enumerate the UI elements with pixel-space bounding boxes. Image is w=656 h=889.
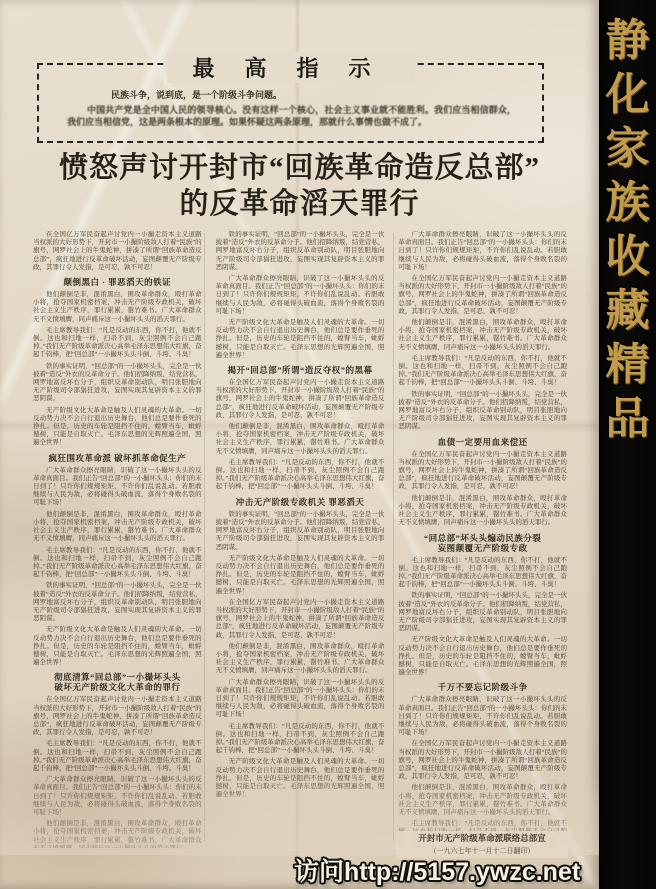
main-headline: 愤怒声讨开封市“回族革命造反总部” 的反革命滔天罪行 — [0, 150, 599, 222]
supreme-directive-box: 最高指示 民族斗争，说到底，是一个阶级斗争问题。 中国共产党是全中国人民的领导核… — [37, 63, 544, 143]
body-column-1: 在全国亿万军民奋起声讨党内一小撮走资本主义道路当权派的大好形势下，开封市一小撮阶… — [33, 231, 202, 848]
body-paragraph: 广大革命群众擦亮眼睛，识破了这一小撮坏头头的反革命真面目。我们正告“回总部”的一… — [33, 467, 202, 508]
body-paragraph: 广大革命群众擦亮眼睛，识破了这一小撮坏头头的反革命真面目。我们正告“回总部”的一… — [216, 275, 385, 316]
collector-strip-character: 收 — [599, 230, 656, 284]
body-paragraph: 毛主席教导我们：“凡是反动的东西，你不打，他就不倒。这也和扫地一样，扫帚不到，灰… — [398, 557, 567, 590]
body-paragraph: 他们颠倒是非，混淆黑白，围攻革命群众，殴打革命小将，抢夺国家机密档案，冲击无产阶… — [398, 495, 567, 528]
mao-quote-2: 中国共产党是全中国人民的领导核心。没有这样一个核心，社会主义事业就不能胜利。我们… — [67, 104, 516, 128]
collector-strip-character: 品 — [599, 392, 656, 446]
collector-strip-character: 族 — [599, 176, 656, 230]
body-paragraph: 无产阶级文化大革命是触及人们灵魂的大革命。一切反动势力决不会自行退出历史舞台，他… — [216, 758, 385, 799]
body-paragraph: 铁的事实证明，“回总部”的一小撮坏头头，完全是一伙披着“造反”外衣的反革命分子。… — [33, 363, 202, 404]
body-paragraph: 在全国亿万军民奋起声讨党内一小撮走资本主义道路当权派的大好形势下，开封市一小撮阶… — [33, 696, 202, 737]
body-paragraph: 无产阶级文化大革命是触及人们灵魂的大革命。一切反动势力决不会自行退出历史舞台，他… — [216, 319, 385, 360]
body-paragraph: 毛主席教导我们：“凡是反动的东西，你不打，他就不倒。这也和扫地一样，扫帚不到，灰… — [33, 327, 202, 360]
collector-strip-character: 精 — [599, 338, 656, 392]
body-paragraph: 他们颠倒是非，混淆黑白，围攻革命群众，殴打革命小将，抢夺国家机密档案，冲击无产阶… — [216, 643, 385, 676]
watermark-url: 访问http://5157.ywzc.net — [294, 852, 580, 888]
body-paragraph: 无产阶级文化大革命是触及人们灵魂的大革命。一切反动势力决不会自行退出历史舞台，他… — [216, 555, 385, 596]
body-paragraph: 无产阶级文化大革命是触及人们灵魂的大革命。一切反动势力决不会自行退出历史舞台，他… — [33, 626, 202, 667]
body-paragraph: 铁的事实证明，“回总部”的一小撮坏头头，完全是一伙披着“造反”外衣的反革命分子。… — [398, 391, 567, 432]
body-paragraph: 毛主席教导我们：“凡是反动的东西，你不打，他就不倒。这也和扫地一样，扫帚不到，灰… — [216, 459, 385, 492]
section-heading-two-line: “回总部”坏头头煽动民族分裂妄图颠覆无产阶级专政 — [398, 533, 567, 553]
body-paragraph: 毛主席教导我们：“凡是反动的东西，你不打，他就不倒。这也和扫地一样，扫帚不到，灰… — [216, 723, 385, 756]
body-paragraph: 铁的事实证明，“回总部”的一小撮坏头头，完全是一伙披着“造反”外衣的反革命分子。… — [216, 231, 385, 272]
supreme-directive-title: 最高指示 — [166, 52, 414, 83]
body-columns: 在全国亿万军民奋起声讨党内一小撮走资本主义道路当权派的大好形势下，开封市一小撮阶… — [33, 231, 567, 848]
collector-strip-character: 化 — [599, 68, 656, 122]
mao-quote-1: 民族斗争，说到底，是一个阶级斗争问题。 — [111, 88, 516, 101]
body-paragraph: 铁的事实证明，“回总部”的一小撮坏头头，完全是一伙披着“造反”外衣的反革命分子。… — [398, 592, 567, 633]
body-paragraph: 毛主席教导我们：“凡是反动的东西，你不打，他就不倒。这也和扫地一样，扫帚不到，灰… — [33, 547, 202, 580]
column-divider-1 — [204, 233, 205, 841]
body-paragraph: 在全国亿万军民奋起声讨党内一小撮走资本主义道路当权派的大好形势下，开封市一小撮阶… — [398, 740, 567, 781]
section-heading: 千万不要忘记阶级斗争 — [398, 682, 567, 692]
body-paragraph: 在全国亿万军民奋起声讨党内一小撮走资本主义道路当权派的大好形势下，开封市一小撮阶… — [33, 231, 202, 272]
body-column-2: 铁的事实证明，“回总部”的一小撮坏头头，完全是一伙披着“造反”外衣的反革命分子。… — [216, 231, 385, 848]
body-paragraph: 他们颠倒是非，混淆黑白，围攻革命群众，殴打革命小将，抢夺国家机密档案，冲击无产阶… — [216, 423, 385, 456]
body-paragraph: 他们颠倒是非，混淆黑白，围攻革命群众，殴打革命小将，抢夺国家机密档案，冲击无产阶… — [398, 784, 567, 817]
body-paragraph: 他们颠倒是非，混淆黑白，围攻革命群众，殴打革命小将，抢夺国家机密档案，冲击无产阶… — [33, 511, 202, 544]
body-paragraph: 毛主席教导我们：“凡是反动的东西，你不打，他就不倒。这也和扫地一样，扫帚不到，灰… — [33, 740, 202, 773]
body-paragraph: 铁的事实证明，“回总部”的一小撮坏头头，完全是一伙披着“造反”外衣的反革命分子。… — [33, 582, 202, 623]
section-heading: 颠倒黑白 · 罪恶滔天的铁证 — [33, 277, 202, 287]
body-paragraph: 他们颠倒是非，混淆黑白，围攻革命群众，殴打革命小将，抢夺国家机密档案，冲击无产阶… — [33, 820, 202, 848]
body-paragraph: 无产阶级文化大革命是触及人们灵魂的大革命。一切反动势力决不会自行退出历史舞台，他… — [33, 407, 202, 448]
body-paragraph: 广大革命群众擦亮眼睛，识破了这一小撮坏头头的反革命真面目。我们正告“回总部”的一… — [398, 696, 567, 737]
body-paragraph: 广大革命群众擦亮眼睛，识破了这一小撮坏头头的反革命真面目。我们正告“回总部”的一… — [398, 231, 567, 272]
body-paragraph: 无产阶级文化大革命是触及人们灵魂的大革命。一切反动势力决不会自行退出历史舞台，他… — [398, 636, 567, 677]
body-paragraph: 在全国亿万军民奋起声讨党内一小撮走资本主义道路当权派的大好形势下，开封市一小撮阶… — [398, 451, 567, 492]
section-heading: 冲击无产阶级专政机关 罪恶滔天 — [216, 497, 385, 507]
section-heading: 疯狂围攻革命派 破坏抓革命促生产 — [33, 453, 202, 463]
section-heading: 揭开“回总部”所谓“造反夺权”的黑幕 — [216, 365, 385, 375]
collector-strip-character: 藏 — [599, 284, 656, 338]
body-paragraph: 广大革命群众擦亮眼睛，识破了这一小撮坏头头的反革命真面目。我们正告“回总部”的一… — [216, 679, 385, 720]
section-heading: 血债一定要用血来偿还 — [398, 437, 567, 447]
headline-line-1: 愤怒声讨开封市“回族革命造反总部” — [0, 150, 599, 186]
body-paragraph: 他们颠倒是非，混淆黑白，围攻革命群众，殴打革命小将，抢夺国家机密档案，冲击无产阶… — [33, 291, 202, 324]
body-column-3: 广大革命群众擦亮眼睛，识破了这一小撮坏头头的反革命真面目。我们正告“回总部”的一… — [398, 231, 567, 848]
collector-strip-character: 家 — [599, 122, 656, 176]
collector-strip-text: 静化家族收藏精品 — [599, 14, 656, 446]
collector-strip-character: 静 — [599, 14, 656, 68]
body-paragraph: 在全国亿万军民奋起声讨党内一小撮走资本主义道路当权派的大好形势下，开封市一小撮阶… — [216, 599, 385, 640]
body-paragraph: 毛主席教导我们：“凡是反动的东西，你不打，他就不倒。这也和扫地一样，扫帚不到，灰… — [398, 355, 567, 388]
body-paragraph: 他们颠倒是非，混淆黑白，围攻革命群众，殴打革命小将，抢夺国家机密档案，冲击无产阶… — [398, 319, 567, 352]
signature-organization: 开封市无产阶级革命派联络总部宣 — [396, 832, 568, 844]
headline-line-2: 的反革命滔天罪行 — [0, 186, 599, 222]
body-paragraph: 在全国亿万军民奋起声讨党内一小撮走资本主义道路当权派的大好形势下，开封市一小撮阶… — [216, 379, 385, 420]
column-divider-2 — [393, 233, 394, 841]
body-paragraph: 铁的事实证明，“回总部”的一小撮坏头头，完全是一伙披着“造反”外衣的反革命分子。… — [216, 511, 385, 552]
section-heading-two-line: 彻底清算“回总部”一小撮坏头头破坏无产阶级文化大革命的罪行 — [33, 672, 202, 692]
body-paragraph: 广大革命群众擦亮眼睛，识破了这一小撮坏头头的反革命真面目。我们正告“回总部”的一… — [33, 776, 202, 817]
body-paragraph: 在全国亿万军民奋起声讨党内一小撮走资本主义道路当权派的大好形势下，开封市一小撮阶… — [398, 275, 567, 316]
collector-strip: 静化家族收藏精品 — [599, 0, 656, 889]
